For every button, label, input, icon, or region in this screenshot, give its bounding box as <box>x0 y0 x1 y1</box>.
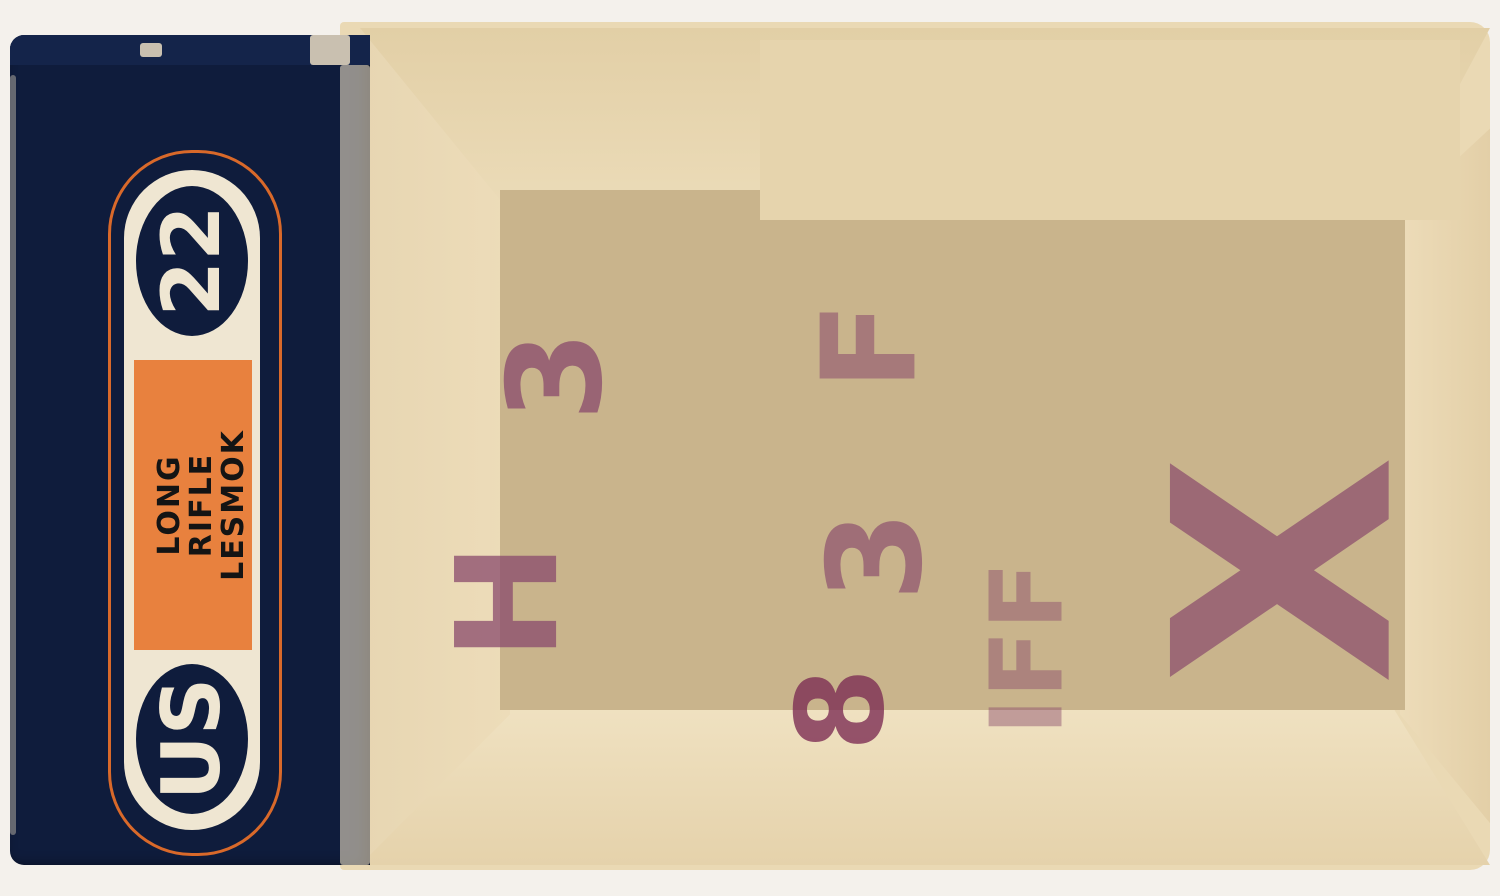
caliber-text: 22 <box>157 199 227 323</box>
stamp-mark: 8 <box>772 668 911 752</box>
stamp-mark: 3 <box>479 331 631 421</box>
overlap-flap <box>760 40 1460 220</box>
label-line: RIFLE <box>185 365 219 645</box>
stamp-mark: F <box>793 302 945 391</box>
brand-text: US <box>157 677 227 801</box>
label-line: LONG <box>153 365 187 645</box>
flap-bottom <box>360 700 1490 865</box>
stamp-mark: H <box>427 543 590 660</box>
stamp-mark: 3 <box>799 511 951 601</box>
stamp-mark-x: X <box>1136 454 1436 685</box>
label-line: LESMOK <box>217 365 251 645</box>
stamp-mark: IFF <box>968 562 1085 736</box>
